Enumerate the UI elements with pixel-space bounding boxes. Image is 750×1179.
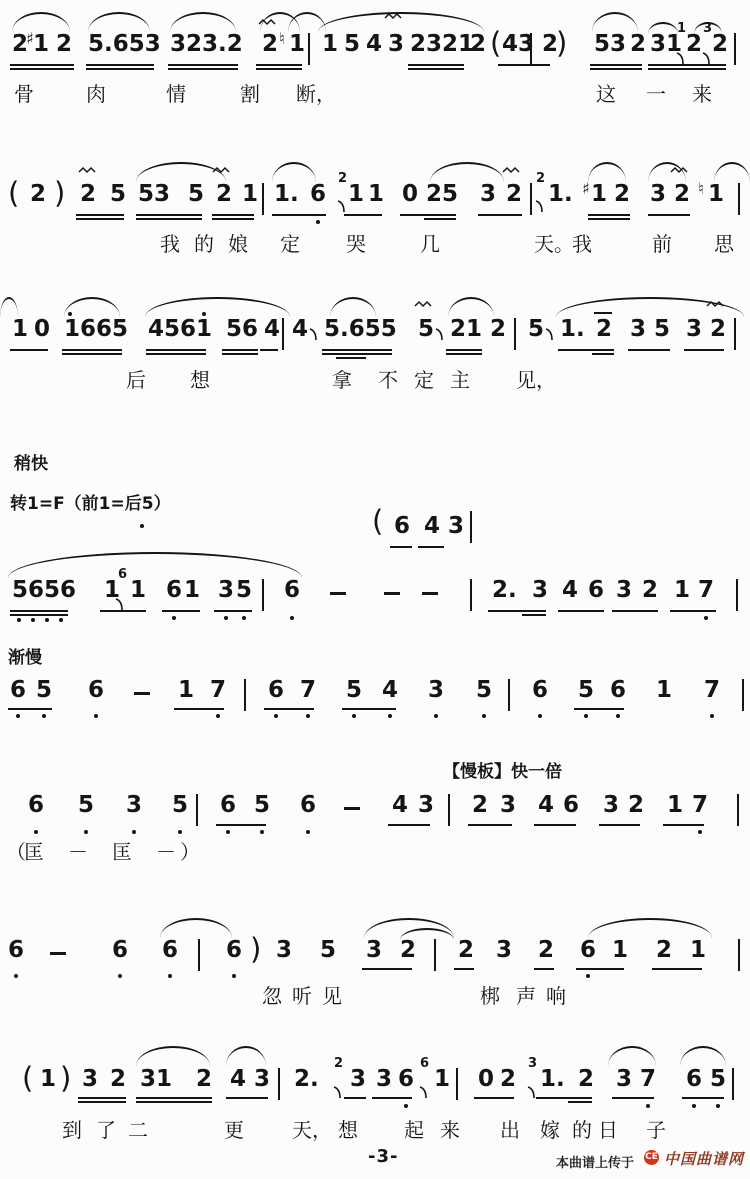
note: 3 [388,33,404,56]
parenthesis: ( [490,29,501,58]
lyric-syllable: 二 [128,1120,148,1140]
note: 1 [130,579,146,602]
note: 3 [616,579,632,602]
lyric-syllable: 定 [280,234,300,254]
slur [0,297,18,317]
lyric-syllable: 子 [646,1120,666,1140]
note: 6 [226,939,242,962]
beam-underline [612,1097,654,1099]
grace-hook-icon [434,328,444,341]
parenthesis: ( [372,507,383,536]
ornament-icon [78,166,96,174]
parenthesis: ) [54,179,65,208]
lyric-syllable: 情 [166,84,186,104]
note: 3 [616,1068,632,1091]
beam-underline [424,218,456,220]
beam-underline [136,214,202,216]
lyric-syllable: 我 [160,234,180,254]
octave-dot [172,616,176,620]
lyric-syllable: 更 [224,1120,244,1140]
note: 4 [292,318,308,341]
octave-dot [202,312,206,316]
note: 5 [236,579,252,602]
note: 3 [376,1068,392,1091]
grace-note: 2 [334,1057,343,1070]
note: 6 [268,679,284,702]
lyric-syllable: 见 [322,986,342,1006]
lyric-syllable: 一 [646,84,666,104]
note: 6 [398,1068,414,1091]
slur [160,918,232,938]
octave-dot [16,714,20,718]
lyric-syllable: 了 [96,1120,116,1140]
slur [592,12,638,32]
beam-underline [408,68,464,70]
note: 3 [448,515,464,538]
slur [12,12,70,32]
beam-underline [558,349,614,351]
lyric-syllable: 思 [714,234,734,254]
octave-dot [17,618,21,622]
octave-dot [232,974,236,978]
note: 1 [242,183,258,206]
beam-underline [216,824,266,826]
lyric-syllable: （ [6,842,26,862]
accidental: ♮ [698,181,704,197]
lyric-syllable: 的 [194,234,214,254]
slur [608,1046,656,1066]
note: 0 [478,1068,494,1091]
barline [196,794,198,826]
note: 5 [254,794,270,817]
note: 2 [262,33,278,56]
barline [262,579,264,611]
note: 53 [594,33,626,56]
note: 4 [264,318,280,341]
note: 1 [12,318,28,341]
grace-hook-icon [308,328,318,341]
beam-underline [10,64,74,66]
note: 2 [30,183,46,206]
lyric-syllable: ） [180,842,200,862]
slur [145,297,290,317]
note: 2 [656,939,672,962]
parenthesis: ) [250,935,261,964]
barline [737,794,739,826]
note: 6 [28,794,44,817]
lyric-syllable: 哭 [346,234,366,254]
note: 1 [708,183,724,206]
note: 2 [628,794,644,817]
slur [588,918,712,938]
beam-underline [588,214,630,216]
note: 1 [612,939,628,962]
note: 3 [428,679,444,702]
note: 1 [591,183,607,206]
beam-underline [558,610,604,612]
lyric-syllable: 天。 [534,234,574,254]
lyric-syllable: 来 [692,84,712,104]
note: 5 [172,794,188,817]
barline [508,679,510,711]
barline [448,794,450,826]
slur [170,12,236,32]
beam-underline [336,357,366,359]
lyric-syllable: 日 [598,1120,618,1140]
beam-underline [86,68,154,70]
note: 25 [426,183,458,206]
grace-hook-icon [534,200,544,213]
grace-note: 6 [420,1057,429,1070]
octave-dot [31,618,35,622]
barline [244,679,246,711]
lyric-syllable: 断， [296,84,336,104]
octave-dot [710,714,714,718]
beam-underline [78,1097,126,1099]
note: 2 [596,318,612,341]
score-page: 2♯125.653323.22♮1154323212(432)532311232… [0,0,750,1179]
note: 3 [254,1068,270,1091]
slur [64,297,120,317]
barline [470,579,472,611]
lyric-syllable: 定 [414,370,434,390]
lyric-syllable: 起 [404,1120,424,1140]
beam-underline [76,214,124,216]
beam-underline [146,353,206,355]
beam-underline [684,349,724,351]
octave-dot [584,714,588,718]
beam-underline [592,353,614,355]
note: 2 [500,1068,516,1091]
beam-underline [76,218,124,220]
lyric-syllable: 响 [546,986,566,1006]
note: 3 [418,794,434,817]
beam-underline [536,1097,592,1099]
octave-dot [260,830,264,834]
beam-underline [322,349,392,351]
beam-underline [648,214,690,216]
lyric-syllable: － [68,842,88,862]
octave-dot [42,714,46,718]
slur [226,1046,266,1066]
note: 3 [496,939,512,962]
note: 2 [470,33,486,56]
parenthesis: ( [22,1064,33,1093]
note: 5 [654,318,670,341]
note: 0 [34,318,50,341]
note: 5656 [12,579,76,602]
lyric-syllable: 骨 [14,84,34,104]
note: 3 [686,318,702,341]
beam-underline [534,824,576,826]
grace-hook-icon [544,328,554,341]
octave-dot [290,616,294,620]
slur [680,1046,726,1066]
lyric-syllable: 肉 [86,84,106,104]
note: 2 [196,1068,212,1091]
barline [732,1068,734,1100]
slur [714,162,750,182]
beam-underline [612,610,658,612]
beam-underline [86,64,154,66]
lyric-syllable: 后 [126,370,146,390]
octave-dot [306,714,310,718]
octave-dot [59,618,63,622]
note: 53 [138,183,170,206]
tempo-label: 稍快 [14,456,48,473]
lyric-syllable: 天， [292,1120,332,1140]
note: 1. [540,1068,565,1091]
watermark-uploader-text: 本曲谱上传于 [556,1152,634,1171]
site-logo-icon: CE [644,1150,659,1165]
note: 3 [350,1068,366,1091]
note: 2 [538,939,554,962]
octave-dot [34,830,38,834]
accidental: ♮ [279,31,285,47]
grace-note: 2 [338,172,347,185]
beam-underline [574,708,624,710]
beam-underline [478,214,522,216]
slur [318,12,484,32]
octave-dot [646,1104,650,1108]
beam-underline [663,824,704,826]
grace-hook-icon [418,1086,428,1099]
octave-dot [168,974,172,978]
barline [734,33,736,65]
note: 5 [578,679,594,702]
grace-hook-icon [332,1086,342,1099]
note: 4 [230,1068,246,1091]
note: 1 [40,1068,56,1091]
beam-underline [400,214,456,216]
beam-underline [10,614,68,616]
note: 4 [366,33,382,56]
tempo-label: 转1=F（前1=后5） [10,496,171,513]
beam-underline [136,1097,212,1099]
slur [588,162,626,182]
note: 1 [289,33,305,56]
lyric-syllable: 出 [500,1120,520,1140]
note: 1 [690,939,706,962]
octave-dot [132,830,136,834]
lyric-syllable: 匡 [112,842,132,862]
note: 4561 [148,318,212,341]
beam-underline [136,1101,212,1103]
lyric-syllable: 的 [572,1120,592,1140]
beam-underline [10,68,74,70]
note: 2 [674,183,690,206]
note: 1 [348,183,364,206]
beam-underline [446,353,482,355]
note: 5 [36,679,52,702]
beam-underline [146,349,206,351]
note: 5 [418,318,434,341]
beam-underline [588,218,630,220]
beam-underline [10,349,48,351]
note: 6 [588,579,604,602]
beam-underline [174,708,224,710]
barline [514,318,516,350]
note: 6 [10,679,26,702]
beam-underline [576,968,624,970]
beam-underline [390,546,412,548]
lyric-syllable: 忽 [262,986,282,1006]
octave-dot [45,618,49,622]
note: 5.653 [88,33,161,56]
grace-hook-icon [526,1086,536,1099]
grace-note: 3 [528,1057,537,1070]
note: 6 [580,939,596,962]
dash-rest [344,807,360,810]
octave-dot [84,830,88,834]
note: 1 [656,679,672,702]
barline [434,939,436,971]
barline [742,679,744,711]
beam-underline [568,1101,592,1103]
note: 3 [126,794,142,817]
beam-underline [62,349,122,351]
lyric-syllable: 听 [292,986,312,1006]
note: 1. [560,318,585,341]
note: 5 [710,1068,726,1091]
barline [530,183,532,215]
beam-underline [322,353,392,355]
beam-underline [264,708,314,710]
slur [272,162,316,182]
note: 1 [178,679,194,702]
parenthesis: ) [60,1064,71,1093]
beam-underline [214,610,252,612]
note: 5.655 [324,318,397,341]
note: 3 [218,579,234,602]
note: 2 [400,939,416,962]
note: 2 [56,33,72,56]
note: 1665 [64,318,128,341]
beam-underline [62,353,122,355]
octave-dot [316,220,320,224]
note: 2 [614,183,630,206]
beam-underline [652,968,702,970]
octave-dot [118,974,122,978]
note: 7 [692,794,708,817]
beam-underline [648,64,726,66]
octave-dot [538,714,542,718]
grace-note: 2 [536,172,545,185]
octave-dot [352,714,356,718]
note: 5 [320,939,336,962]
note: 2321 [410,33,474,56]
site-name: 中国曲谱网 [664,1148,744,1169]
note: 7 [640,1068,656,1091]
beam-underline [256,64,302,66]
note: 6 [284,579,300,602]
beam-underline [212,214,254,216]
note: 1 [434,1068,450,1091]
beam-underline [344,214,382,216]
slur [330,297,376,317]
lyric-syllable: 前 [652,234,672,254]
beam-underline [388,824,430,826]
beam-underline [272,214,326,216]
lyric-syllable: 我 [572,234,592,254]
barline [278,1068,280,1100]
beam-underline [372,1097,412,1099]
note: 2 [712,33,728,56]
note: 3 [366,939,382,962]
note: 1 [33,33,49,56]
lyric-syllable: 匡 [24,842,44,862]
barline [530,33,532,65]
beam-underline [222,349,258,351]
beam-underline [168,64,238,66]
beam-underline [212,218,254,220]
parenthesis: ( [8,179,19,208]
octave-dot [716,1104,720,1108]
note: 5 [528,318,544,341]
beam-underline [136,218,202,220]
dash-rest [330,592,346,595]
beam-underline [100,610,146,612]
note: 7 [210,679,226,702]
beam-underline [256,68,302,70]
octave-dot [140,524,144,528]
beam-underline [344,1097,366,1099]
octave-dot [616,714,620,718]
note: 7 [300,679,316,702]
octave-dot [274,714,278,718]
beam-underline [488,610,546,612]
lyric-syllable: 想 [338,1120,358,1140]
grace-note: 1 [677,22,686,35]
note: 2 [630,33,646,56]
note: 3 [276,939,292,962]
note: 3 [480,183,496,206]
note: 2. [294,1068,319,1091]
beam-underline [670,610,716,612]
lyric-syllable: 见， [516,370,556,390]
beam-underline [362,968,412,970]
note: 2 [472,794,488,817]
grace-hook-icon [336,200,346,213]
beam-underline [10,610,68,612]
note: 6 [88,679,104,702]
octave-dot [14,974,18,978]
slur [430,162,504,182]
beam-underline [418,546,444,548]
parenthesis: ) [556,29,567,58]
slur [8,552,302,578]
note: 2 [490,318,506,341]
beam-underline [534,968,554,970]
barline [734,318,736,350]
octave-dot [404,1104,408,1108]
page-number: -3- [368,1146,398,1167]
lyric-syllable: 到 [62,1120,82,1140]
note: 6 [532,679,548,702]
lyric-syllable: 拿 [332,370,352,390]
lyric-syllable: 梆 [480,986,500,1006]
octave-dot [482,714,486,718]
lyric-syllable: 嫁 [540,1120,560,1140]
beam-underline [454,968,474,970]
slur [648,162,686,182]
note: 5 [110,183,126,206]
note: 2 [216,183,232,206]
beam-underline [522,614,546,616]
slur [694,22,722,34]
barline [736,579,738,611]
beam-underline [162,610,200,612]
